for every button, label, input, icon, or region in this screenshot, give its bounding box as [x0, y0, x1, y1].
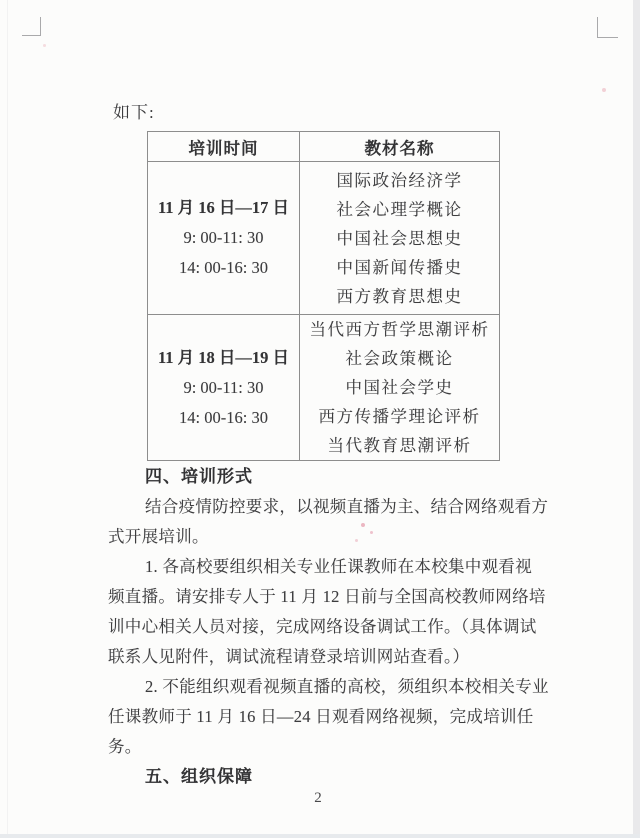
- textbook-cell: 国际政治经济学 社会心理学概论 中国社会思想史 中国新闻传播史 西方教育思想史: [300, 162, 499, 314]
- textbook-item: 西方传播学理论评析: [319, 402, 481, 431]
- scan-speckle: [602, 88, 606, 92]
- section-heading-5: 五、组织保障: [108, 762, 550, 792]
- textbook-item: 当代教育思潮评析: [328, 431, 472, 460]
- date-range-text: 11 月 18 日—19 日: [158, 343, 289, 373]
- textbook-cell: 当代西方哲学思潮评析 社会政策概论 中国社会学史 西方传播学理论评析 当代教育思…: [300, 315, 499, 460]
- date-range-text: 11 月 16 日—17 日: [158, 193, 289, 223]
- table-header-row: 培训时间 教材名称: [148, 132, 499, 162]
- body-line: 联系人见附件，调试流程请登录培训网站查看。）: [108, 642, 550, 672]
- body-line: 结合疫情防控要求，以视频直播为主、结合网络观看方: [108, 492, 550, 522]
- morning-time-text: 9: 00-11: 30: [183, 223, 263, 253]
- scan-speckle: [355, 539, 358, 542]
- textbook-item: 中国社会思想史: [337, 224, 463, 253]
- textbook-item: 社会政策概论: [346, 344, 454, 373]
- textbook-item: 西方教育思想史: [337, 282, 463, 311]
- textbook-item: 中国新闻传播史: [337, 253, 463, 282]
- scan-speckle: [43, 44, 46, 47]
- afternoon-time-text: 14: 00-16: 30: [179, 403, 268, 433]
- textbook-item: 国际政治经济学: [337, 166, 463, 195]
- table-header-training-time: 培训时间: [148, 132, 300, 161]
- scan-speckle: [370, 531, 373, 534]
- body-line: 训中心相关人员对接，完成网络设备调试工作。（具体调试: [108, 612, 550, 642]
- body-line: 1. 各高校要组织相关专业任课教师在本校集中观看视: [108, 552, 550, 582]
- time-cell: 11 月 16 日—17 日 9: 00-11: 30 14: 00-16: 3…: [148, 162, 300, 314]
- afternoon-time-text: 14: 00-16: 30: [179, 253, 268, 283]
- body-line: 务。: [108, 732, 550, 762]
- table-header-textbook-name: 教材名称: [300, 132, 499, 161]
- scanned-document-page: 如下: 培训时间 教材名称 11 月 16 日—17 日 9: 00-11: 3…: [0, 0, 640, 838]
- body-line: 2. 不能组织观看视频直播的高校，须组织本校相关专业: [108, 672, 550, 702]
- page-number: 2: [0, 790, 636, 807]
- body-line: 式开展培训。: [108, 522, 550, 552]
- body-text-block: 四、培训形式 结合疫情防控要求，以视频直播为主、结合网络观看方 式开展培训。 1…: [108, 462, 550, 792]
- body-line: 任课教师于 11 月 16 日—24 日观看网络视频，完成培训任: [108, 702, 550, 732]
- body-line: 频直播。请安排专人于 11 月 12 日前与全国高校教师网络培: [108, 582, 550, 612]
- crop-mark-top-left-icon: [22, 17, 41, 36]
- table-row: 11 月 16 日—17 日 9: 00-11: 30 14: 00-16: 3…: [148, 162, 499, 315]
- morning-time-text: 9: 00-11: 30: [183, 373, 263, 403]
- textbook-item: 社会心理学概论: [337, 195, 463, 224]
- scan-speckle: [361, 523, 365, 527]
- table-row: 11 月 18 日—19 日 9: 00-11: 30 14: 00-16: 3…: [148, 315, 499, 460]
- textbook-item: 中国社会学史: [346, 373, 454, 402]
- intro-fragment-text: 如下:: [113, 100, 155, 126]
- page-edge-right: [633, 0, 640, 838]
- page-edge-bottom: [0, 834, 640, 838]
- crop-mark-top-right-icon: [597, 17, 618, 38]
- textbook-item: 当代西方哲学思潮评析: [310, 315, 490, 344]
- section-heading-4: 四、培训形式: [108, 462, 550, 492]
- time-cell: 11 月 18 日—19 日 9: 00-11: 30 14: 00-16: 3…: [148, 315, 300, 460]
- page-edge-left: [7, 0, 8, 838]
- training-schedule-table: 培训时间 教材名称 11 月 16 日—17 日 9: 00-11: 30 14…: [147, 131, 500, 461]
